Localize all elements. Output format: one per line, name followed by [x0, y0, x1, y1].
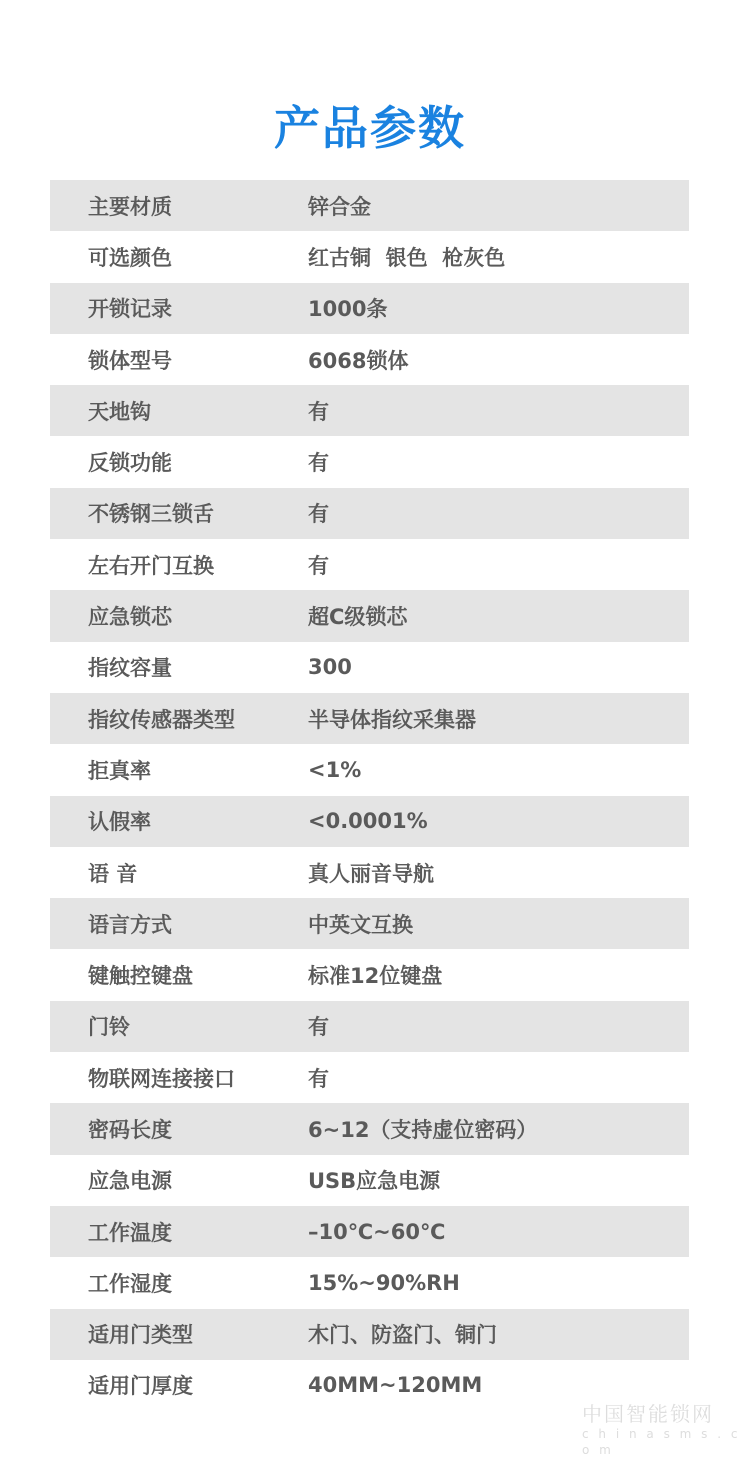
spec-value: 有 [308, 498, 329, 528]
spec-value: 1000条 [308, 293, 387, 323]
spec-label: 门铃 [88, 1011, 130, 1041]
spec-value: 6~12（支持虚位密码） [308, 1114, 537, 1144]
spec-value: 有 [308, 447, 329, 477]
spec-value: 超C级锁芯 [308, 601, 407, 631]
spec-label: 应急锁芯 [88, 601, 172, 631]
spec-label: 工作湿度 [88, 1268, 172, 1298]
spec-value: 40MM~120MM [308, 1373, 482, 1397]
spec-row: 工作温度–10℃~60℃ [50, 1206, 689, 1257]
spec-label: 开锁记录 [88, 293, 172, 323]
spec-label: 工作温度 [88, 1217, 172, 1247]
spec-value: 锌合金 [308, 191, 371, 221]
spec-row: 语 音真人丽音导航 [50, 847, 689, 898]
spec-row: 应急电源USB应急电源 [50, 1155, 689, 1206]
spec-label: 物联网连接接口 [88, 1063, 235, 1093]
spec-value: 真人丽音导航 [308, 858, 434, 888]
spec-value: 6068锁体 [308, 345, 408, 375]
spec-value: 半导体指纹采集器 [308, 704, 476, 734]
spec-label: 密码长度 [88, 1114, 172, 1144]
watermark-url: c h i n a s m s . c o m [582, 1426, 742, 1458]
spec-value: 有 [308, 396, 329, 426]
spec-row: 开锁记录1000条 [50, 283, 689, 334]
spec-row: 反锁功能有 [50, 436, 689, 487]
spec-value: 红古铜 银色 枪灰色 [308, 242, 505, 272]
spec-row: 认假率<0.0001% [50, 796, 689, 847]
spec-label: 拒真率 [88, 755, 151, 785]
spec-row: 指纹容量300 [50, 642, 689, 693]
watermark-text: 中国智能锁网 [582, 1402, 742, 1426]
spec-value: USB应急电源 [308, 1165, 440, 1195]
watermark: 中国智能锁网 c h i n a s m s . c o m [582, 1402, 742, 1458]
spec-label: 语言方式 [88, 909, 172, 939]
spec-row: 主要材质锌合金 [50, 180, 689, 231]
spec-label: 不锈钢三锁舌 [88, 498, 214, 528]
spec-label: 指纹容量 [88, 652, 172, 682]
spec-value: 木门、防盗门、铜门 [308, 1319, 497, 1349]
spec-row: 天地钩有 [50, 385, 689, 436]
spec-label: 语 音 [88, 858, 137, 888]
spec-row: 工作湿度15%~90%RH [50, 1257, 689, 1308]
spec-label: 锁体型号 [88, 345, 172, 375]
spec-value: 标准12位键盘 [308, 960, 442, 990]
spec-label: 应急电源 [88, 1165, 172, 1195]
spec-label: 适用门厚度 [88, 1370, 193, 1400]
spec-label: 键触控键盘 [88, 960, 193, 990]
spec-row: 适用门类型木门、防盗门、铜门 [50, 1309, 689, 1360]
spec-value: <0.0001% [308, 809, 428, 833]
spec-label: 认假率 [88, 806, 151, 836]
spec-value: 有 [308, 1063, 329, 1093]
spec-label: 左右开门互换 [88, 550, 214, 580]
spec-value: 有 [308, 550, 329, 580]
spec-row: 键触控键盘标准12位键盘 [50, 949, 689, 1000]
spec-value: –10℃~60℃ [308, 1220, 445, 1244]
spec-row: 语言方式中英文互换 [50, 898, 689, 949]
spec-row: 门铃有 [50, 1001, 689, 1052]
spec-row: 不锈钢三锁舌有 [50, 488, 689, 539]
page-title: 产品参数 [0, 93, 740, 163]
spec-label: 反锁功能 [88, 447, 172, 477]
spec-label: 天地钩 [88, 396, 151, 426]
spec-label: 可选颜色 [88, 242, 172, 272]
spec-value: 15%~90%RH [308, 1271, 460, 1295]
spec-value: 中英文互换 [308, 909, 413, 939]
spec-row: 拒真率<1% [50, 744, 689, 795]
spec-value: 300 [308, 655, 352, 679]
spec-row: 密码长度6~12（支持虚位密码） [50, 1103, 689, 1154]
spec-row: 物联网连接接口有 [50, 1052, 689, 1103]
spec-label: 适用门类型 [88, 1319, 193, 1349]
spec-row: 左右开门互换有 [50, 539, 689, 590]
spec-label: 指纹传感器类型 [88, 704, 235, 734]
spec-row: 应急锁芯超C级锁芯 [50, 590, 689, 641]
spec-table: 主要材质锌合金可选颜色红古铜 银色 枪灰色开锁记录1000条锁体型号6068锁体… [50, 180, 689, 1411]
spec-value: 有 [308, 1011, 329, 1041]
spec-row: 可选颜色红古铜 银色 枪灰色 [50, 231, 689, 282]
spec-label: 主要材质 [88, 191, 172, 221]
spec-value: <1% [308, 758, 361, 782]
spec-row: 指纹传感器类型半导体指纹采集器 [50, 693, 689, 744]
spec-row: 锁体型号6068锁体 [50, 334, 689, 385]
